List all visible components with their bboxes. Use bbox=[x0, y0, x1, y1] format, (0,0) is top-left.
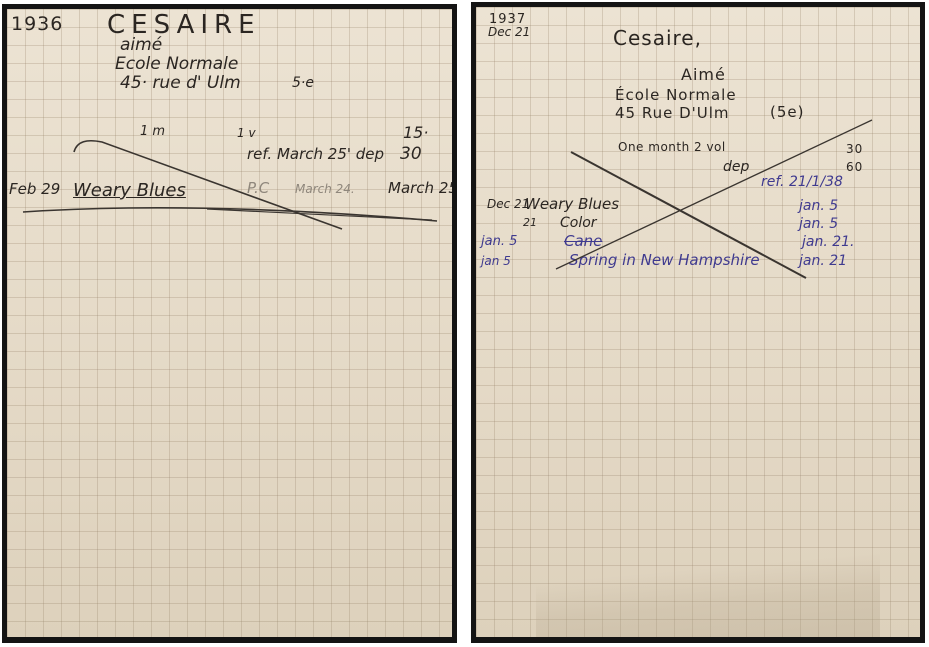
loan-returned: March 25· bbox=[388, 181, 452, 196]
member-given-name: Aimé bbox=[681, 67, 726, 83]
deposit-amount: 60 bbox=[846, 161, 863, 173]
loan-returned: jan. 5 bbox=[799, 217, 838, 231]
member-arrondissement: 5·e bbox=[292, 76, 314, 90]
loan-returned: jan. 5 bbox=[799, 199, 838, 213]
cross-out-strokes bbox=[7, 9, 452, 637]
loan-returned: jan. 21. bbox=[802, 235, 855, 249]
card-year: 1936 bbox=[11, 15, 63, 34]
paper-stain bbox=[536, 547, 880, 637]
member-arrondissement: (5e) bbox=[770, 105, 804, 120]
loan-title: Weary Blues bbox=[525, 197, 619, 212]
member-institution: École Normale bbox=[615, 88, 737, 103]
subscription-period-1: 1 m bbox=[140, 125, 165, 138]
library-card-1936: 1936 CESAIRE aimé Ecole Normale 45· rue … bbox=[2, 4, 457, 643]
card-paper: 1937 Dec 21 Cesaire, Aimé École Normale … bbox=[476, 7, 920, 637]
subscription-fee: 30 bbox=[846, 143, 863, 155]
library-card-1937: 1937 Dec 21 Cesaire, Aimé École Normale … bbox=[471, 2, 925, 643]
member-institution: Ecole Normale bbox=[115, 56, 238, 73]
loan-title: Color bbox=[560, 216, 597, 230]
member-surname: Cesaire, bbox=[613, 28, 702, 48]
loan-note: P.C bbox=[247, 181, 269, 196]
member-address: 45 Rue D'Ulm bbox=[615, 106, 730, 121]
deposit-label: dep bbox=[723, 160, 749, 174]
member-given-name: aimé bbox=[120, 37, 162, 54]
subscription-period-2: 1 v bbox=[237, 127, 256, 139]
loan-returned: jan. 21 bbox=[799, 254, 847, 268]
member-address: 45· rue d' Ulm bbox=[120, 75, 241, 92]
loan-date: 21 bbox=[523, 217, 537, 228]
card-date: Dec 21 bbox=[488, 26, 530, 38]
subscription-label: One month 2 vol bbox=[618, 141, 726, 153]
refund-note: ref. 21/1/38 bbox=[761, 175, 843, 189]
card-paper: 1936 CESAIRE aimé Ecole Normale 45· rue … bbox=[7, 9, 452, 637]
loan-title: Cane bbox=[564, 234, 602, 249]
loan-date: jan 5 bbox=[481, 255, 511, 267]
loan-date: Feb 29 bbox=[9, 182, 60, 197]
loan-date: jan. 5 bbox=[481, 235, 517, 248]
loan-date: Dec 21 bbox=[487, 198, 529, 210]
deposit-label: ref. March 25' dep bbox=[247, 147, 384, 162]
subscription-fee: 15· bbox=[403, 125, 428, 141]
loan-title: Spring in New Hampshire bbox=[569, 253, 760, 268]
loan-note-date: March 24. bbox=[295, 183, 355, 195]
loan-title: Weary Blues bbox=[73, 182, 186, 200]
deposit-amount: 30 bbox=[400, 146, 422, 163]
